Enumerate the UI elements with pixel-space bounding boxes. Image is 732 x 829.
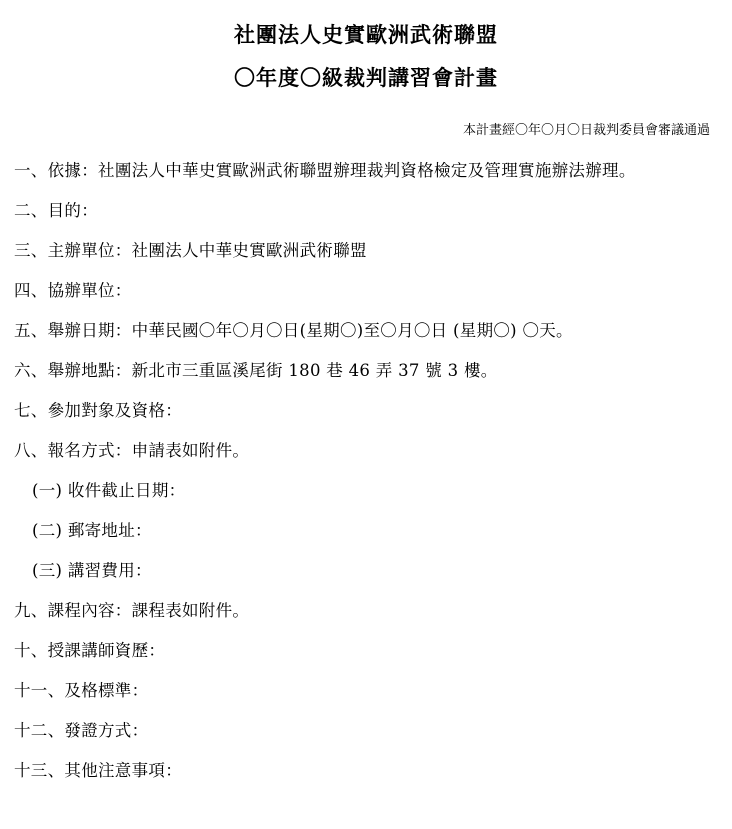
- item-label: 課程內容：: [48, 601, 132, 620]
- item-label: 目的：: [48, 201, 98, 220]
- item-value: 申請表如附件。: [132, 441, 250, 460]
- item-label: 主辦單位：: [48, 241, 132, 260]
- subitem-fee: (三) 講習費用：: [32, 563, 152, 580]
- plan-title: 〇年度〇級裁判講習會計畫: [0, 67, 732, 88]
- item-location: 六、舉辦地點：新北市三重區溪尾街 180 巷 46 弄 37 號 3 樓。: [14, 363, 498, 380]
- item-other-notes: 十三、其他注意事項：: [14, 763, 182, 780]
- organization-title: 社團法人史實歐洲武術聯盟: [0, 24, 732, 45]
- document-page: 社團法人史實歐洲武術聯盟 〇年度〇級裁判講習會計畫 本計畫經〇年〇月〇日裁判委員…: [0, 0, 732, 829]
- item-label: 及格標準：: [64, 681, 148, 700]
- item-label: 參加對象及資格：: [48, 401, 182, 420]
- item-value: 新北市三重區溪尾街 180 巷 46 弄 37 號 3 樓。: [132, 361, 498, 380]
- item-certification: 十二、發證方式：: [14, 723, 148, 740]
- subitem-deadline: (一) 收件截止日期：: [32, 483, 185, 500]
- item-label: 授課講師資歷：: [48, 641, 166, 660]
- item-number: 六、: [14, 361, 48, 380]
- item-date: 五、舉辦日期：中華民國〇年〇月〇日(星期〇)至〇月〇日 (星期〇) 〇天。: [14, 323, 573, 340]
- item-value: 社團法人中華史實歐洲武術聯盟辦理裁判資格檢定及管理實施辦法辦理。: [98, 161, 636, 180]
- item-number: 四、: [14, 281, 48, 300]
- subitem-mailing-address: (二) 郵寄地址：: [32, 523, 152, 540]
- approval-note: 本計畫經〇年〇月〇日裁判委員會審議通過: [463, 124, 710, 137]
- item-registration: 八、報名方式：申請表如附件。: [14, 443, 249, 460]
- item-eligibility: 七、參加對象及資格：: [14, 403, 182, 420]
- item-co-organizer: 四、協辦單位：: [14, 283, 132, 300]
- item-label: 收件截止日期：: [68, 481, 186, 500]
- item-number: (一): [32, 481, 68, 500]
- item-course-content: 九、課程內容：課程表如附件。: [14, 603, 249, 620]
- item-label: 舉辦日期：: [48, 321, 132, 340]
- item-number: 一、: [14, 161, 48, 180]
- item-number: 十、: [14, 641, 48, 660]
- item-number: (三): [32, 561, 68, 580]
- item-label: 郵寄地址：: [68, 521, 152, 540]
- item-purpose: 二、目的：: [14, 203, 98, 220]
- item-label: 協辦單位：: [48, 281, 132, 300]
- item-label: 報名方式：: [48, 441, 132, 460]
- item-number: 十二、: [14, 721, 64, 740]
- item-label: 其他注意事項：: [64, 761, 182, 780]
- item-label: 舉辦地點：: [48, 361, 132, 380]
- item-label: 依據：: [48, 161, 98, 180]
- item-number: 十三、: [14, 761, 64, 780]
- item-number: 七、: [14, 401, 48, 420]
- item-number: 五、: [14, 321, 48, 340]
- item-value: 中華民國〇年〇月〇日(星期〇)至〇月〇日 (星期〇) 〇天。: [132, 321, 573, 340]
- item-instructor-qualifications: 十、授課講師資歷：: [14, 643, 165, 660]
- item-label: 發證方式：: [64, 721, 148, 740]
- item-value: 社團法人中華史實歐洲武術聯盟: [132, 241, 367, 260]
- item-number: 八、: [14, 441, 48, 460]
- item-number: (二): [32, 521, 68, 540]
- item-number: 三、: [14, 241, 48, 260]
- item-passing-criteria: 十一、及格標準：: [14, 683, 148, 700]
- item-number: 十一、: [14, 681, 64, 700]
- item-number: 二、: [14, 201, 48, 220]
- item-basis: 一、依據：社團法人中華史實歐洲武術聯盟辦理裁判資格檢定及管理實施辦法辦理。: [14, 163, 636, 180]
- item-number: 九、: [14, 601, 48, 620]
- item-value: 課程表如附件。: [132, 601, 250, 620]
- item-label: 講習費用：: [68, 561, 152, 580]
- item-organizer: 三、主辦單位：社團法人中華史實歐洲武術聯盟: [14, 243, 367, 260]
